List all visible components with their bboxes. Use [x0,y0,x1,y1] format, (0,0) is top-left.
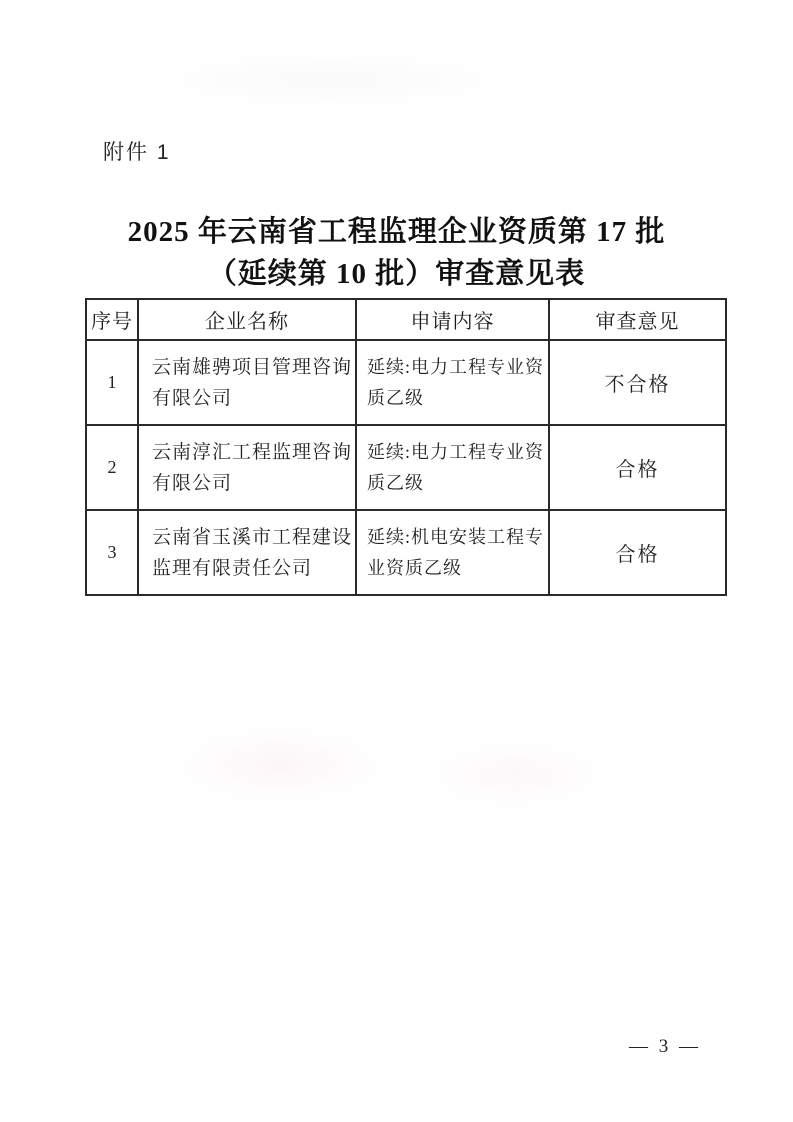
scan-smudge [170,725,390,805]
table-row: 3 云南省玉溪市工程建设监理有限责任公司 延续:机电安装工程专业资质乙级 合格 [86,510,726,595]
scan-smudge [120,50,540,110]
table-row: 2 云南淳汇工程监理咨询有限公司 延续:电力工程专业资质乙级 合格 [86,425,726,510]
col-header-apply: 申请内容 [356,299,549,340]
review-opinion: 不合格 [549,340,726,425]
document-title-line2: （延续第 10 批）审查意见表 [0,253,793,295]
attachment-label: 附件 1 [103,136,171,166]
page-number: — 3 — [629,1036,701,1058]
company-name: 云南省玉溪市工程建设监理有限责任公司 [138,510,356,595]
company-name: 云南雄骋项目管理咨询有限公司 [138,340,356,425]
table-header-row: 序号 企业名称 申请内容 审查意见 [86,299,726,340]
col-header-company: 企业名称 [138,299,356,340]
company-name: 云南淳汇工程监理咨询有限公司 [138,425,356,510]
review-opinion: 合格 [549,425,726,510]
scan-smudge [420,740,610,810]
application-content: 延续:电力工程专业资质乙级 [356,425,549,510]
document-title: 2025 年云南省工程监理企业资质第 17 批 （延续第 10 批）审查意见表 [0,211,793,295]
row-index: 1 [86,340,138,425]
application-content: 延续:电力工程专业资质乙级 [356,340,549,425]
col-header-opinion: 审查意见 [549,299,726,340]
document-title-line1: 2025 年云南省工程监理企业资质第 17 批 [0,211,793,253]
review-opinion: 合格 [549,510,726,595]
application-content: 延续:机电安装工程专业资质乙级 [356,510,549,595]
col-header-index: 序号 [86,299,138,340]
scanned-document-page: 附件 1 2025 年云南省工程监理企业资质第 17 批 （延续第 10 批）审… [0,0,793,1122]
review-opinion-table: 序号 企业名称 申请内容 审查意见 1 云南雄骋项目管理咨询有限公司 延续:电力… [85,298,727,596]
table-row: 1 云南雄骋项目管理咨询有限公司 延续:电力工程专业资质乙级 不合格 [86,340,726,425]
row-index: 3 [86,510,138,595]
row-index: 2 [86,425,138,510]
